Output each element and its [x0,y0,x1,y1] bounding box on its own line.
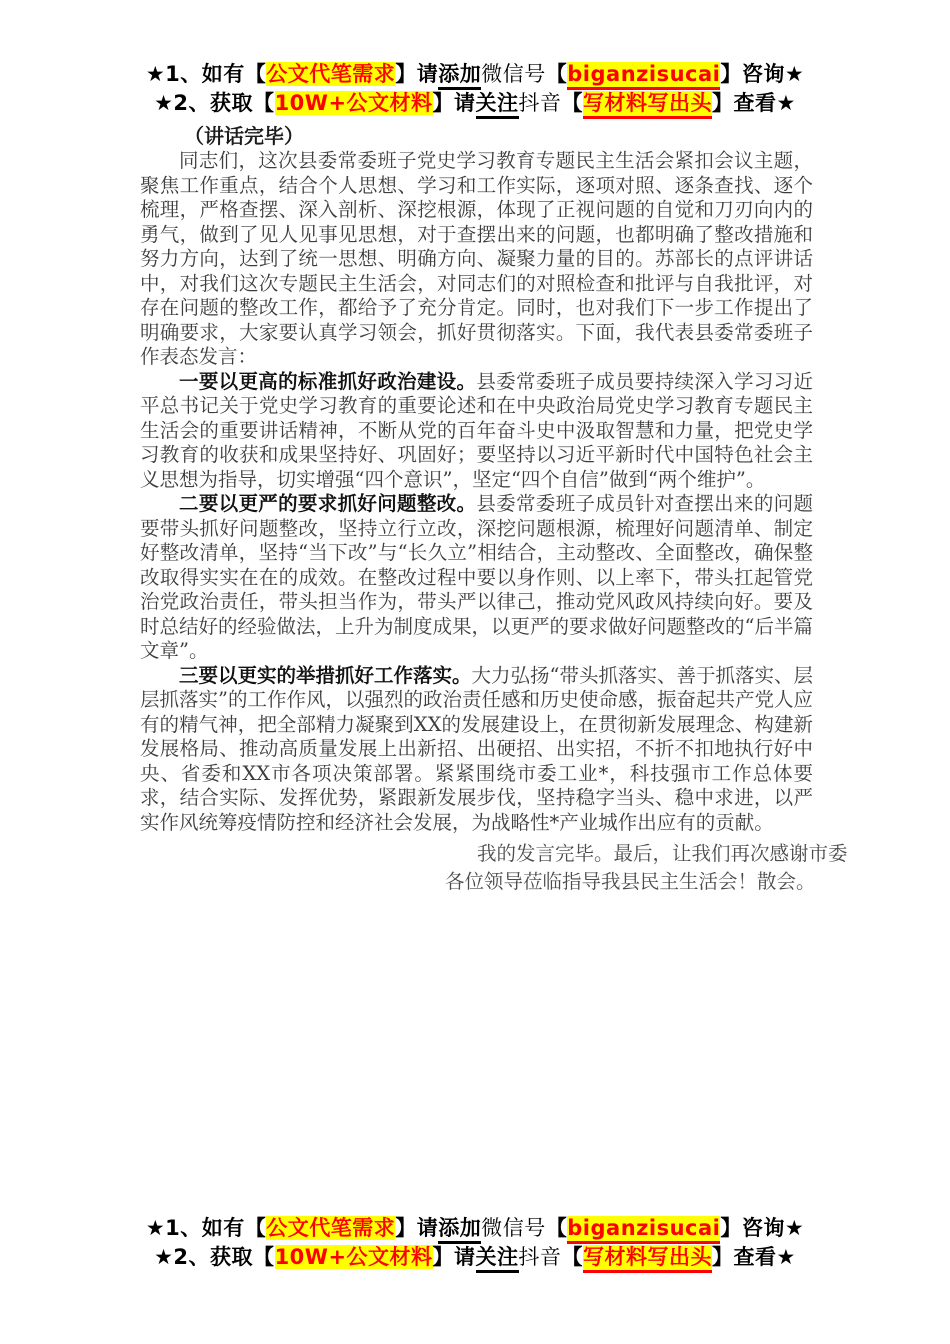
paragraph-intro: 同志们，这次县委常委班子党史学习教育专题民主生活会紧扣会议主题，聚焦工作重点，结… [140,149,813,370]
promo-suffix: 】咨询★ [720,62,804,86]
closing-line-1: 我的发言完毕。最后，让我们再次感谢市委 [477,840,813,868]
promo-suffix: 】查看★ [712,91,796,115]
promo-header-line-1: ★1、如有【公文代笔需求】请添加微信号【biganzisucai】咨询★ [0,60,950,89]
promo-footer-line-1: ★1、如有【公文代笔需求】请添加微信号【biganzisucai】咨询★ [0,1214,950,1243]
document-page: ★1、如有【公文代笔需求】请添加微信号【biganzisucai】咨询★ ★2、… [0,0,950,1344]
paragraph-point-1: 一要以更高的标准抓好政治建设。县委常委班子成员要持续深入学习习近平总书记关于党史… [140,370,813,493]
promo-header: ★1、如有【公文代笔需求】请添加微信号【biganzisucai】咨询★ ★2、… [0,0,950,118]
promo-suffix: 】查看★ [712,1245,796,1269]
promo-footer: ★1、如有【公文代笔需求】请添加微信号【biganzisucai】咨询★ ★2、… [0,1214,950,1272]
promo-highlight-service: 公文代笔需求 [266,1216,395,1240]
paragraph-lead: 三要以更实的举措抓好工作落实。 [179,664,472,687]
promo-channel-douyin: 抖音 [519,91,562,115]
promo-bracket: 【 [562,91,584,115]
promo-channel-wechat: 微信号 [481,62,546,86]
promo-channel-douyin: 抖音 [519,1245,562,1269]
paragraph-text: 县委常委班子成员针对查摆出来的问题要带头抓好问题整改，坚持立行立改，深挖问题根源… [140,492,813,662]
promo-prefix: ★1、如有【 [146,62,266,86]
closing-block: 我的发言完毕。最后，让我们再次感谢市委 各位领导莅临指导我县民主生活会！散会。 [140,840,813,895]
promo-action-follow: 关注 [476,1245,519,1273]
promo-action-follow: 关注 [476,91,519,119]
promo-bracket: 【 [546,62,568,86]
promo-wechat-id: biganzisucai [567,62,720,90]
promo-prefix: ★2、获取【 [154,91,274,115]
promo-bracket: 【 [562,1245,584,1269]
promo-highlight-materials: 10W+公文材料 [275,1245,433,1269]
promo-mid: 】请 [433,91,476,115]
promo-action-add: 添加 [438,1216,481,1244]
promo-prefix: ★2、获取【 [154,1245,274,1269]
promo-wechat-id: biganzisucai [567,1216,720,1244]
promo-action-add: 添加 [438,62,481,90]
promo-channel-wechat: 微信号 [481,1216,546,1240]
promo-bracket: 【 [546,1216,568,1240]
closing-line-2: 各位领导莅临指导我县民主生活会！散会。 [445,868,813,896]
promo-prefix: ★1、如有【 [146,1216,266,1240]
paragraph-text: 大力弘扬“带头抓落实、善于抓落实、层层抓落实”的工作作风，以强烈的政治责任感和历… [140,664,813,834]
promo-douyin-id: 写材料写出头 [583,1245,712,1273]
promo-douyin-id: 写材料写出头 [583,91,712,119]
promo-mid: 】请 [395,1216,438,1240]
paragraph-lead: 二要以更严的要求抓好问题整改。 [179,492,476,515]
promo-suffix: 】咨询★ [720,1216,804,1240]
paragraph-point-3: 三要以更实的举措抓好工作落实。大力弘扬“带头抓落实、善于抓落实、层层抓落实”的工… [140,664,813,836]
promo-footer-line-2: ★2、获取【10W+公文材料】请关注抖音【写材料写出头】查看★ [0,1243,950,1272]
paragraph-lead: 一要以更高的标准抓好政治建设。 [179,370,476,393]
promo-mid: 】请 [433,1245,476,1269]
speech-end-note: （讲话完毕） [140,124,813,149]
promo-highlight-materials: 10W+公文材料 [275,91,433,115]
paragraph-text: 同志们，这次县委常委班子党史学习教育专题民主生活会紧扣会议主题，聚焦工作重点，结… [140,149,813,368]
promo-mid: 】请 [395,62,438,86]
promo-header-line-2: ★2、获取【10W+公文材料】请关注抖音【写材料写出头】查看★ [0,89,950,118]
paragraph-point-2: 二要以更严的要求抓好问题整改。县委常委班子成员针对查摆出来的问题要带头抓好问题整… [140,492,813,664]
promo-highlight-service: 公文代笔需求 [266,62,395,86]
document-content: （讲话完毕） 同志们，这次县委常委班子党史学习教育专题民主生活会紧扣会议主题，聚… [0,124,950,895]
